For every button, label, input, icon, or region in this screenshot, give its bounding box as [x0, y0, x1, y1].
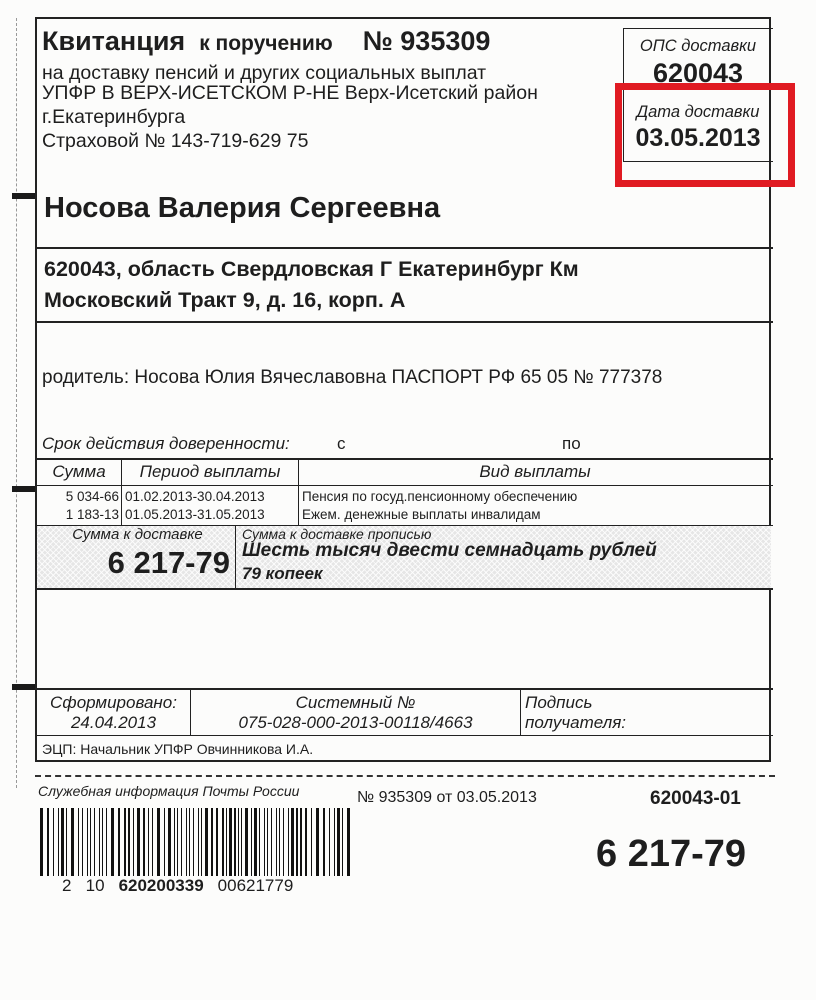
delivery-date-highlight: [615, 83, 795, 187]
post-service-reference: № 935309 от 03.05.2013: [357, 789, 537, 807]
total-label: Сумма к доставке: [40, 526, 235, 543]
barcode-bar: [259, 808, 260, 876]
system-number: 075-028-000-2013-00118/4663: [191, 713, 520, 733]
cut-line: [35, 775, 775, 777]
barcode-bar: [82, 808, 83, 876]
divider: [35, 588, 773, 590]
barcode-bar: [61, 808, 64, 876]
column-divider: [520, 689, 521, 735]
barcode-bar: [87, 808, 88, 876]
barcode-bar: [148, 808, 149, 876]
formed-date: 24.04.2013: [37, 713, 190, 733]
barcode-bar: [40, 808, 43, 876]
payment-type: Ежем. денежные выплаты инвалидам: [302, 507, 541, 522]
barcode-bar: [288, 808, 289, 876]
table-header-border: [35, 485, 773, 486]
barcode-bar: [323, 808, 325, 876]
barcode-bar: [329, 808, 330, 876]
barcode-bar: [238, 808, 239, 876]
barcode-bar: [90, 808, 91, 876]
insurance-number: Страховой № 143-719-629 75: [42, 130, 308, 153]
barcode-bar: [128, 808, 130, 876]
column-header-type: Вид выплаты: [299, 462, 771, 482]
barcode-bar: [124, 808, 126, 876]
barcode-bar: [222, 808, 224, 876]
barcode-bar: [94, 808, 95, 876]
barcode-bar: [181, 808, 182, 876]
barcode-bar: [334, 808, 335, 876]
barcode-bar: [71, 808, 74, 876]
barcode-bar: [216, 808, 218, 876]
barcode-bar: [152, 808, 153, 876]
barcode-bar: [254, 808, 257, 876]
parent-info: родитель: Носова Юлия Вячеславовна ПАСПО…: [42, 367, 662, 389]
barcode-bar: [58, 808, 59, 876]
divider: [35, 735, 773, 736]
barcode-bar: [296, 808, 298, 876]
barcode-bar: [174, 808, 175, 876]
barcode-bar: [271, 808, 272, 876]
barcode-bar: [342, 808, 343, 876]
post-service-label: Служебная информация Почты России: [38, 783, 299, 799]
barcode-bar: [201, 808, 202, 876]
margin-mark: [12, 193, 36, 199]
formed-label: Сформировано:: [37, 693, 190, 713]
total-words-line-2: 79 копеек: [242, 564, 323, 584]
barcode-bar: [245, 808, 248, 876]
margin-mark: [12, 684, 36, 690]
barcode-bar: [53, 808, 54, 876]
barcode-bar: [316, 808, 319, 876]
payment-amount: 1 183-13: [37, 507, 119, 522]
payment-type: Пенсия по госуд.пенсионному обеспечению: [302, 489, 577, 504]
signature-label: Подпись: [525, 693, 592, 713]
barcode-bar: [337, 808, 340, 876]
address-line-1: 620043, область Свердловская Г Екатеринб…: [44, 257, 579, 282]
barcode-bar: [311, 808, 312, 876]
barcode-bar: [300, 808, 302, 876]
address-line-2: Московский Тракт 9, д. 16, корп. А: [44, 288, 405, 313]
barcode-bar: [229, 808, 232, 876]
ops-label: ОПС доставки: [623, 37, 773, 56]
barcode-bar: [47, 808, 49, 876]
barcode-bar: [211, 808, 213, 876]
barcode-bar: [234, 808, 236, 876]
barcode-bar: [78, 808, 79, 876]
barcode-bar: [111, 808, 114, 876]
perforation-line: [16, 18, 17, 788]
post-amount: 6 217-79: [596, 833, 746, 876]
barcode-bar: [164, 808, 165, 876]
post-office-code: 620043-01: [650, 788, 741, 810]
barcode-bar: [193, 808, 194, 876]
barcode-bar: [133, 808, 134, 876]
city-text: г.Екатеринбурга: [42, 106, 185, 129]
barcode-bar: [189, 808, 190, 876]
payment-amount: 5 034-66: [37, 489, 119, 504]
digital-signature-text: ЭЦП: Начальник УПФР Овчинникова И.А.: [42, 741, 313, 757]
barcode-bar: [99, 808, 100, 876]
barcode-bar: [267, 808, 268, 876]
barcode-bar: [102, 808, 103, 876]
barcode-bar: [118, 808, 120, 876]
divider: [35, 247, 773, 249]
divider: [35, 688, 773, 690]
proxy-term-label: Срок действия доверенности:: [42, 434, 290, 454]
barcode: [40, 808, 358, 876]
barcode-number: 2 1062020033900621779: [62, 876, 293, 896]
proxy-from-label: с: [337, 434, 346, 454]
barcode-bar: [279, 808, 280, 876]
column-header-amount: Сумма: [37, 462, 121, 482]
barcode-bar: [177, 808, 178, 876]
barcode-bar: [186, 808, 187, 876]
system-number-label: Системный №: [191, 693, 520, 713]
barcode-bar: [251, 808, 252, 876]
barcode-bar: [347, 808, 350, 876]
office-text: УПФР В ВЕРХ-ИСЕТСКОМ Р-НЕ Верх-Исетский …: [42, 82, 538, 105]
barcode-bar: [157, 808, 160, 876]
barcode-bar: [137, 808, 140, 876]
barcode-bar: [276, 808, 277, 876]
recipient-name: Носова Валерия Сергеевна: [44, 192, 440, 225]
payment-period: 01.05.2013-31.05.2013: [125, 507, 265, 522]
column-divider: [235, 526, 236, 588]
barcode-bar: [198, 808, 199, 876]
barcode-bar: [305, 808, 307, 876]
barcode-bar: [143, 808, 145, 876]
barcode-bar: [168, 808, 171, 876]
payment-period: 01.02.2013-30.04.2013: [125, 489, 265, 504]
barcode-bar: [283, 808, 284, 876]
proxy-to-label: по: [562, 434, 581, 454]
total-words-line-1: Шесть тысяч двести семнадцать рублей: [242, 540, 657, 562]
receipt-title: Квитанцияк поручению№ 935309: [42, 26, 490, 57]
barcode-bar: [66, 808, 67, 876]
barcode-bar: [264, 808, 265, 876]
barcode-bar: [226, 808, 227, 876]
divider: [35, 321, 773, 323]
barcode-bar: [291, 808, 294, 876]
barcode-bar: [241, 808, 242, 876]
column-header-period: Период выплаты: [122, 462, 298, 482]
signature-label-2: получателя:: [525, 713, 626, 733]
total-amount: 6 217-79: [40, 545, 230, 581]
margin-mark: [12, 486, 36, 492]
barcode-bar: [205, 808, 208, 876]
barcode-bar: [106, 808, 107, 876]
table-top-border: [35, 458, 773, 460]
